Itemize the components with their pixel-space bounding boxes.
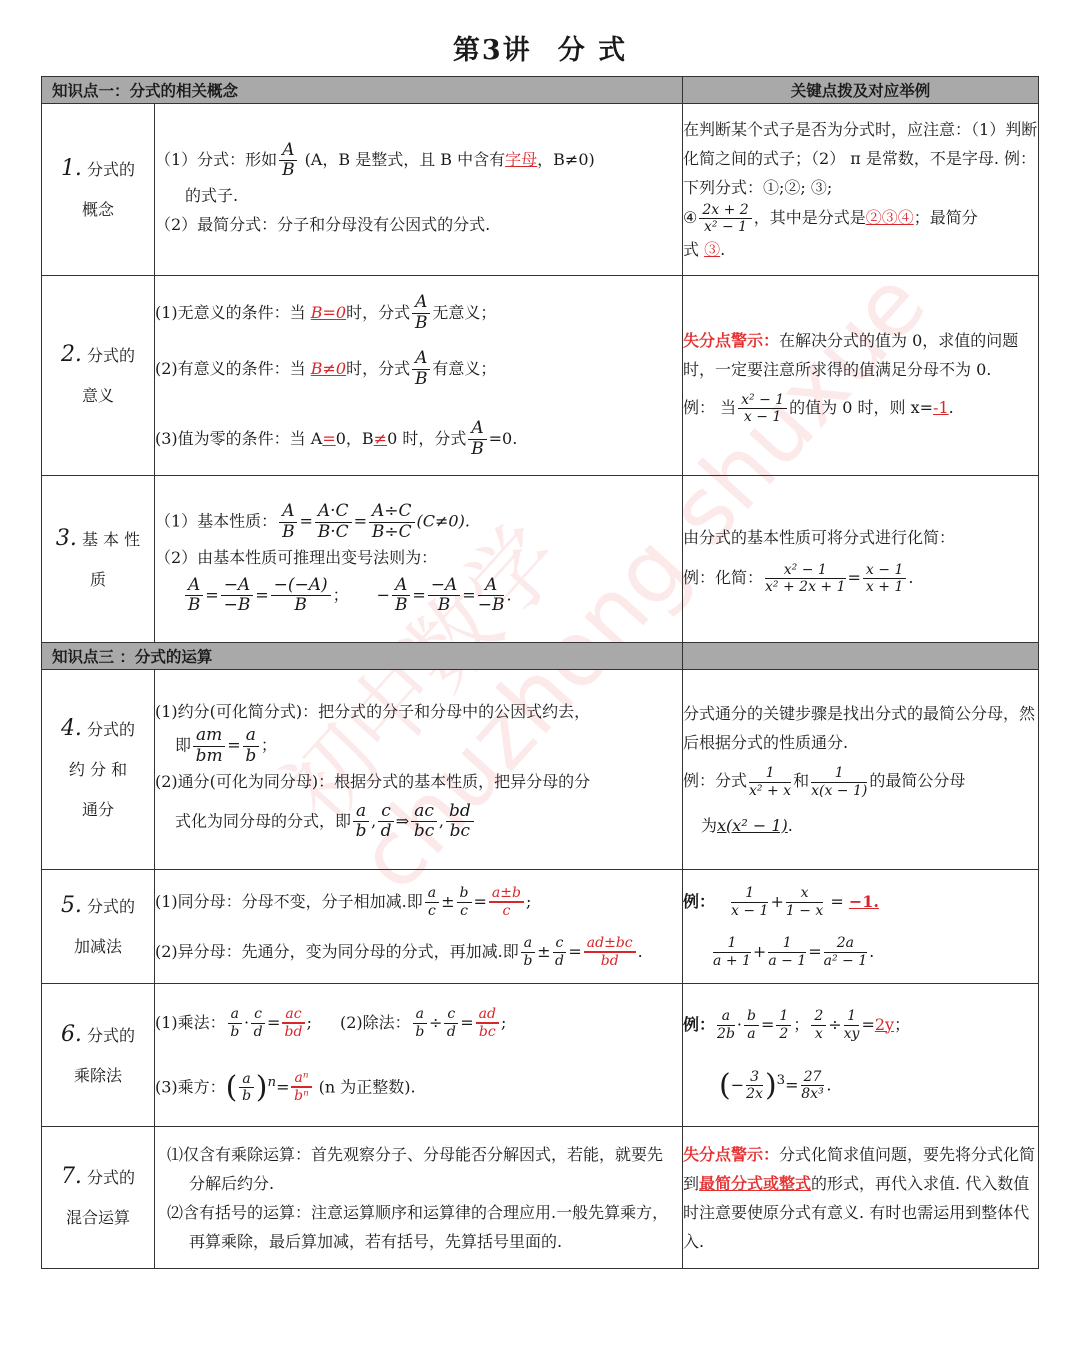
lecture-number: 第3讲 <box>453 35 532 66</box>
warning-label: 失分点警示： <box>683 1145 779 1164</box>
row-label: 7. 分式的 混合运算 <box>42 1127 155 1269</box>
row-tip: 例：a2b·ba=12；2x÷1xy=2y； (−32x)3=278x³. <box>683 984 1039 1127</box>
table-row: 5. 分式的 加减法 (1)同分母：分母不变，分子相加减.即ac±bc=a±bc… <box>42 870 1039 984</box>
highlight-answer: 2y <box>875 1015 894 1034</box>
fraction: AB <box>279 141 297 181</box>
row-tip: 例：1x − 1+x1 − x = −1. 1a + 1+1a − 1=2aa²… <box>683 870 1039 984</box>
table-row: 1. 分式的 概念 （1）分式：形如AB (A，B 是整式，且 B 中含有字母，… <box>42 104 1039 276</box>
row-content: (1)约分(可化简分式)：把分式的分子和分母中的公因式约去， 即ambm=ab；… <box>155 670 683 870</box>
row-tip: 分式通分的关键步骤是找出分式的最简公分母，然后根据分式的性质通分. 例：分式1x… <box>683 670 1039 870</box>
row-tip: 失分点警示：在解决分式的值为 0，求值的问题时，一定要注意所求得的值满足分母不为… <box>683 276 1039 476</box>
lecture-topic: 分 式 <box>558 35 627 66</box>
section-title: 知识点一：分式的相关概念 <box>42 77 683 104</box>
row-tip: 在判断某个式子是否为分式时，应注意：（1）判断化简之间的式子；（2） π 是常数… <box>683 104 1039 276</box>
table-row: 3. 基 本 性 质 （1）基本性质：AB=A·CB·C=A÷CB÷C(C≠0)… <box>42 476 1039 643</box>
row-content: (1)乘法：ab·cd=acbd;(2)除法：ab÷cd=adbc; (3)乘方… <box>155 984 683 1127</box>
row-tip: 失分点警示：分式化简求值问题，要先将分式化简到最简分式或整式的形式，再代入求值.… <box>683 1127 1039 1269</box>
row-label: 4. 分式的 约 分 和 通分 <box>42 670 155 870</box>
row-content: (1)同分母：分母不变，分子相加减.即ac±bc=a±bc; (2)异分母：先通… <box>155 870 683 984</box>
row-label: 2. 分式的 意义 <box>42 276 155 476</box>
table-row: 4. 分式的 约 分 和 通分 (1)约分(可化简分式)：把分式的分子和分母中的… <box>42 670 1039 870</box>
row-content: （1）基本性质：AB=A·CB·C=A÷CB÷C(C≠0). （2）由基本性质可… <box>155 476 683 643</box>
section-header-3: 知识点三 ：分式的运算 <box>42 643 1039 670</box>
warning-label: 失分点警示： <box>683 331 779 350</box>
highlight-answer: ③ <box>704 240 720 259</box>
row-label: 1. 分式的 概念 <box>42 104 155 276</box>
table-row: 7. 分式的 混合运算 ⑴仅含有乘除运算：首先观察分子、分母能否分解因式，若能，… <box>42 1127 1039 1269</box>
row-content: ⑴仅含有乘除运算：首先观察分子、分母能否分解因式，若能，就要先分解后约分. ⑵含… <box>155 1127 683 1269</box>
highlight-answer: B=0 <box>311 303 346 322</box>
highlight-answer: 字母 <box>505 150 537 169</box>
row-content: （1）分式：形如AB (A，B 是整式，且 B 中含有字母，B≠0) 的式子. … <box>155 104 683 276</box>
highlight-answer: 最简分式或整式 <box>699 1174 811 1193</box>
table-row: 2. 分式的 意义 (1)无意义的条件：当 B=0时，分式AB无意义； (2)有… <box>42 276 1039 476</box>
highlight-answer: −1. <box>849 892 879 911</box>
tips-column-title: 关键点拨及对应举例 <box>683 77 1039 104</box>
highlight-answer: ②③④ <box>866 208 914 227</box>
row-content: (1)无意义的条件：当 B=0时，分式AB无意义； (2)有意义的条件：当 B≠… <box>155 276 683 476</box>
row-tip: 由分式的基本性质可将分式进行化简： 例：化简：x² − 1x² + 2x + 1… <box>683 476 1039 643</box>
section-title: 知识点三 ：分式的运算 <box>42 643 683 670</box>
page-title: 第3讲分 式 <box>0 28 1080 67</box>
section-header-1: 知识点一：分式的相关概念 关键点拨及对应举例 <box>42 77 1039 104</box>
table-row: 6. 分式的 乘除法 (1)乘法：ab·cd=acbd;(2)除法：ab÷cd=… <box>42 984 1039 1127</box>
highlight-answer: B≠0 <box>311 359 346 378</box>
row-label: 5. 分式的 加减法 <box>42 870 155 984</box>
highlight-answer: x(x² − 1) <box>717 816 788 835</box>
highlight-answer: -1 <box>933 398 949 417</box>
row-label: 3. 基 本 性 质 <box>42 476 155 643</box>
knowledge-table: 知识点一：分式的相关概念 关键点拨及对应举例 1. 分式的 概念 （1）分式：形… <box>41 76 1039 1269</box>
row-label: 6. 分式的 乘除法 <box>42 984 155 1127</box>
